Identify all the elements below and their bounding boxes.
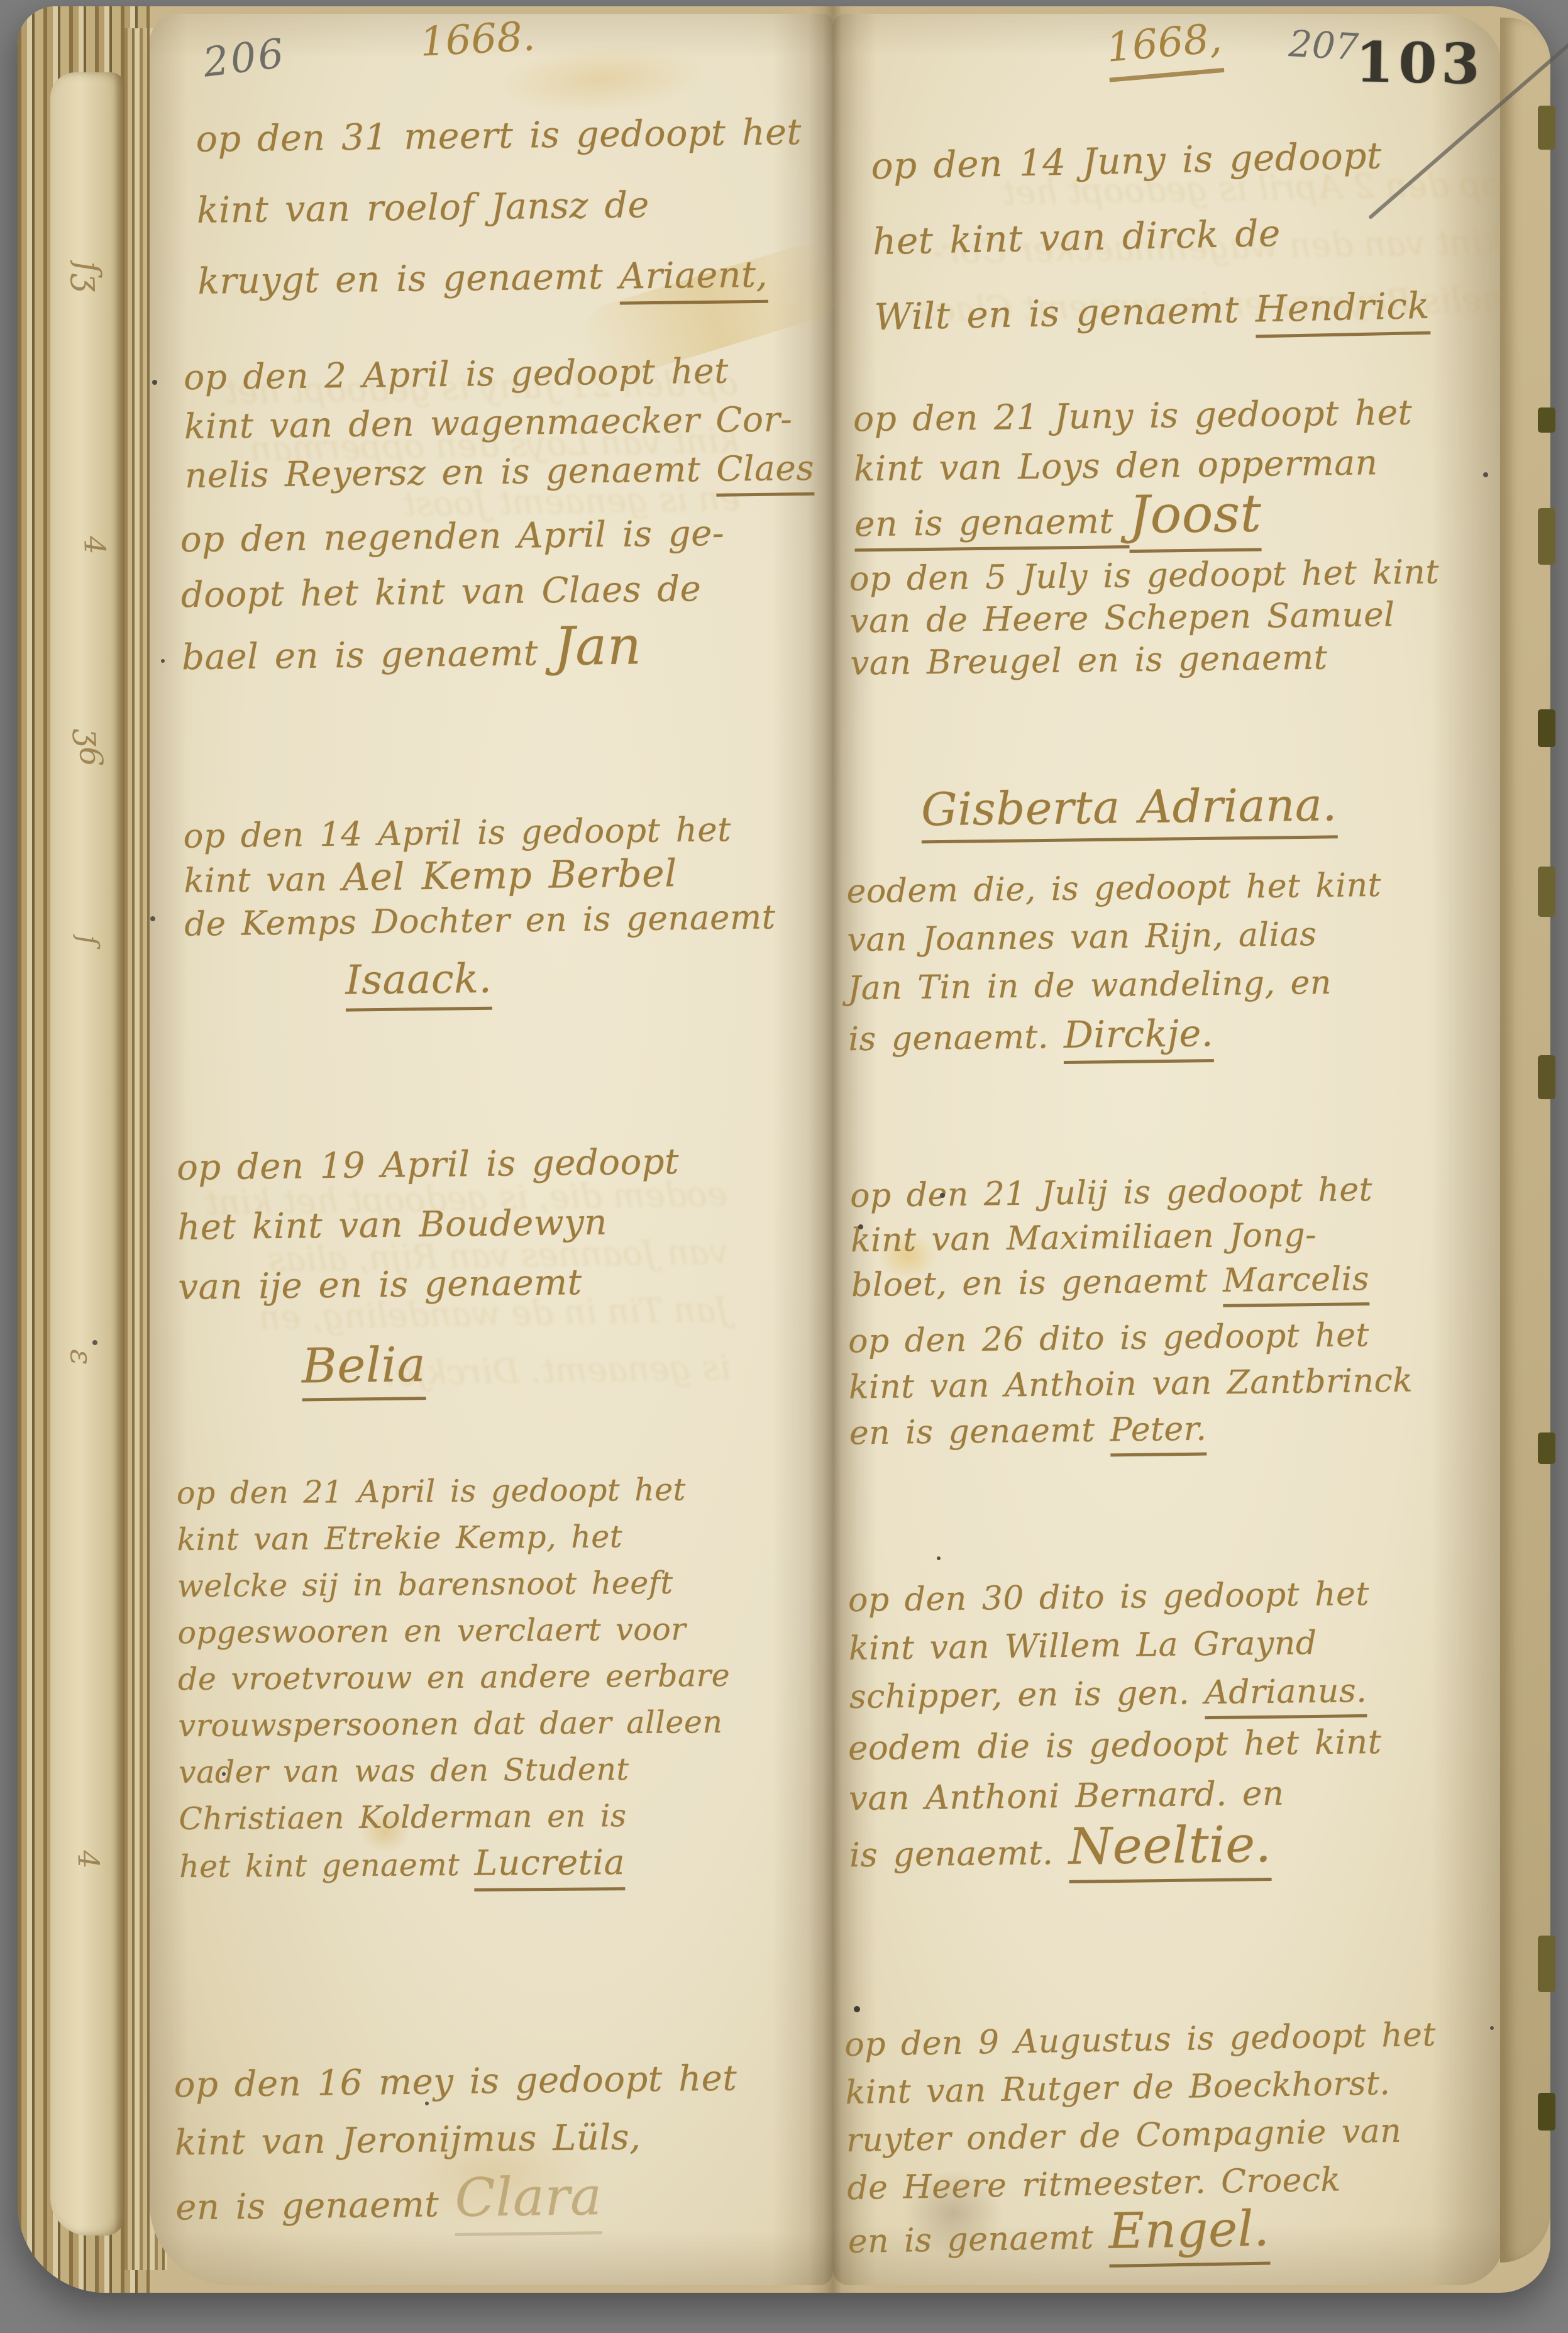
entry-text: kint van Rutger de Boeckhorst. — [845, 2064, 1391, 2112]
right-page-year-heading: 1668, — [1105, 15, 1223, 72]
baptism-entry: op den 5 July is gedoopt het kintvan de … — [849, 551, 1442, 838]
entry-text: op den 30 dito is gedoopt het — [848, 1575, 1369, 1619]
entry-line: Jan Tin in de wandeling, en — [847, 958, 1383, 1013]
entry-text: schipper, en is gen. — [849, 1674, 1205, 1716]
entry-text: op den 14 Juny is gedoopt — [871, 134, 1382, 187]
entry-line: van de Heere Schepen Samuel — [849, 593, 1440, 642]
entry-text: het kint van Boudewyn — [177, 1202, 607, 1248]
entry-line: kint van Maximiliaen Jong- — [851, 1212, 1374, 1263]
entry-line: op den 21 April is gedoopt het — [177, 1466, 729, 1517]
entry-line: het kint genaemt Lucretia — [179, 1839, 732, 1890]
baptism-name: Marcelis — [1223, 1260, 1370, 1307]
entry-text: kint van Anthoin van Zantbrinck — [849, 1362, 1413, 1407]
entry-text: op den 21 Juny is gedoopt het — [853, 392, 1413, 440]
entry-text: en is genaemt — [849, 1411, 1110, 1452]
baptism-entry: op den 21 Juny is gedoopt hetkint van Lo… — [853, 388, 1414, 550]
entry-text: van Anthoni Bernard. en — [849, 1775, 1284, 1818]
baptism-entry: op den 9 Augustus is gedoopt hetkint van… — [844, 2011, 1440, 2266]
baptism-name: Engel. — [1108, 2200, 1271, 2267]
entry-text: Jan — [553, 614, 642, 677]
entry-line: Belia — [301, 1331, 682, 1396]
baptism-name: Peter. — [1110, 1410, 1207, 1457]
entry-line: op den negenden April is ge- — [180, 506, 724, 568]
entry-text: op den negenden April is ge- — [180, 513, 724, 561]
baptism-entry: eodem die, is gedoopt het kintvan Joanne… — [846, 862, 1383, 1064]
entry-text: kint van Jeronijmus Lüls, — [175, 2117, 641, 2163]
entry-text: vrouwspersoonen dat daer alleen — [178, 1704, 722, 1744]
margin-fragment: 4 — [77, 535, 112, 555]
entry-line: eodem die is gedoopt het kint — [848, 1717, 1382, 1774]
margin-fragment: ſʒ — [69, 261, 108, 293]
entry-line: bloet, en is genaemt Marcelis — [851, 1257, 1374, 1308]
entry-text: Christiaen Kolderman en is — [179, 1798, 626, 1837]
fore-edge — [1500, 18, 1550, 2263]
right-page-pencil-folio-number: 207 — [1288, 22, 1359, 69]
baptism-name: en is genaemt — [854, 501, 1130, 551]
entry-line: is genaemt. Dirckje. — [848, 1007, 1383, 1064]
entry-line: nelis Reyersz en is genaemt Claes — [185, 443, 815, 500]
baptism-name: Claes — [716, 448, 815, 497]
entry-line: op den 21 Julij is gedoopt het — [850, 1168, 1373, 1219]
entry-text: kint van Etrekie Kemp, het — [177, 1519, 622, 1558]
baptism-name: Lucretia — [474, 1843, 625, 1892]
entry-line: Christiaen Kolderman en is — [179, 1792, 731, 1843]
entry-text: kint van Maximiliaen Jong- — [851, 1216, 1317, 1260]
entry-text: op den 19 April is gedoopt — [177, 1141, 680, 1189]
entry-line: op den 2 April is gedoopt het — [184, 345, 814, 402]
entry-line: is genaemt. Neeltie. — [849, 1818, 1383, 1881]
baptism-name: Clara — [455, 2165, 602, 2236]
entry-line: vrouwspersoonen dat daer alleen — [178, 1699, 731, 1749]
entry-text: kint van Willem La Graynd — [849, 1624, 1317, 1668]
entry-text: en is genaemt — [175, 2184, 455, 2228]
entry-text: het kint genaemt — [179, 1847, 475, 1885]
entry-text: kint van roelof Jansz de — [197, 184, 650, 231]
entry-line: kruygt en is genaemt Ariaent, — [197, 239, 804, 318]
entry-line: kint van Anthoin van Zantbrinck — [849, 1358, 1413, 1411]
entry-line: en is genaemt Joost — [854, 487, 1413, 550]
entry-line: de Kemps Dochter en is genaemt — [184, 895, 776, 946]
register-book: ſʒ4ʒ6ſɛ4 op den 21 Juny is gedoopt hetki… — [18, 6, 1550, 2293]
cover-notch — [1538, 508, 1555, 565]
entry-line: Wilt en is genaemt Hendrick — [873, 268, 1430, 355]
cover-notch — [1538, 407, 1555, 433]
baptism-entry: eodem die is gedoopt het kintvan Anthoni… — [848, 1717, 1384, 1881]
entry-line: vader van was den Student — [179, 1746, 731, 1796]
right-page — [832, 14, 1504, 2285]
baptism-entry: op den 14 April is gedoopt hetkint van A… — [183, 807, 776, 1009]
baptism-entry: op den 31 meert is gedoopt hetkint van r… — [196, 97, 803, 318]
baptism-entry: op den 14 Juny is gedoopthet kint van di… — [870, 117, 1430, 355]
entry-text: op den 21 April is gedoopt het — [177, 1471, 686, 1511]
entry-line: welcke sij in barensnoot heeft — [177, 1560, 730, 1610]
entry-line: van Breugel en is genaemt — [850, 635, 1440, 684]
baptism-name: Isaack. — [345, 956, 492, 1012]
entry-line: het kint van Boudewyn — [177, 1192, 680, 1258]
entry-line: van Joannes van Rijn, alias — [847, 910, 1382, 965]
baptism-entry: op den 2 April is gedoopt hetkint van de… — [184, 345, 815, 500]
baptism-entry: op den 21 Julij is gedoopt hetkint van M… — [850, 1168, 1374, 1308]
entry-line: Gisberta Adriana. — [921, 775, 1442, 838]
entry-line: kint van Ael Kemp Berbel — [184, 851, 775, 902]
entry-line: kint van Jeronijmus Lüls, — [174, 2108, 738, 2173]
cover-notch — [1538, 867, 1555, 917]
cover-notch — [1538, 2093, 1555, 2131]
baptism-entry: op den 30 dito is gedoopt hetkint van Wi… — [848, 1570, 1371, 1722]
baptism-name: Adrianus. — [1205, 1672, 1367, 1719]
stamped-page-number: 103 — [1355, 29, 1484, 97]
entry-text: kint van den wagenmaecker Cor- — [184, 399, 793, 446]
entry-line: en is genaemt Clara — [175, 2166, 739, 2237]
baptism-name: Neeltie. — [1068, 1815, 1272, 1883]
entry-text: op den 31 meert is gedoopt het — [196, 111, 802, 160]
entry-text: is genaemt. — [849, 1834, 1069, 1875]
entry-line: kint van Willem La Graynd — [849, 1619, 1371, 1673]
baptism-entry: op den 21 April is gedoopt hetkint van E… — [177, 1466, 732, 1890]
entry-line: op den 16 mey is gedoopt het — [174, 2050, 737, 2115]
entry-text: en is genaemt — [847, 2219, 1109, 2261]
entry-line: kint van roelof Jansz de — [196, 168, 803, 247]
entry-line: en is genaemt Engel. — [847, 2202, 1440, 2266]
baptism-entry: op den 19 April is gedoopthet kint van B… — [177, 1132, 682, 1398]
entry-line: van ije en is genaemt — [178, 1251, 681, 1317]
entry-text: vader van was den Student — [179, 1751, 629, 1790]
entry-line: doopt het kint van Claes de — [180, 562, 725, 624]
entry-text: op den 5 July is gedoopt het kint — [849, 553, 1439, 598]
cover-notch — [1538, 1432, 1555, 1464]
left-page-year-heading: 1668. — [419, 13, 536, 65]
entry-line: kint van den wagenmaecker Cor- — [184, 394, 814, 451]
entry-text: Jan Tin in de wandeling, en — [847, 964, 1332, 1007]
entry-line: bael en is genaemt Jan — [182, 617, 727, 686]
entry-line: op den 31 meert is gedoopt het — [196, 97, 802, 175]
entry-text: ruyter onder de Compagnie van — [846, 2112, 1401, 2159]
entry-text: op den 26 dito is gedoopt het — [848, 1316, 1369, 1360]
entry-line: op den 19 April is gedoopt — [177, 1132, 680, 1198]
entry-text: op den 9 Augustus is gedoopt het — [844, 2016, 1437, 2064]
cover-notch — [1538, 106, 1555, 150]
entry-text: van de Heere Schepen Samuel — [849, 596, 1395, 641]
entry-line: de vroetvrouw en andere eerbare — [178, 1653, 731, 1703]
entry-text: op den 21 Julij is gedoopt het — [850, 1171, 1373, 1215]
cover-notch — [1538, 1936, 1555, 1992]
margin-writing-fragments: ſʒ4ʒ6ſɛ4 — [54, 6, 136, 2293]
entry-text: Wilt en is genaemt — [874, 288, 1256, 339]
entry-text: doopt het kint van Claes de — [181, 568, 702, 616]
baptism-name: Joost — [1129, 484, 1262, 553]
entry-line: op den 5 July is gedoopt het kint — [849, 551, 1439, 600]
entry-text: nelis Reyersz en is genaemt — [185, 449, 717, 496]
entry-text: het kint van dirck de — [872, 212, 1281, 263]
entry-line: het kint van dirck de — [872, 192, 1429, 279]
entry-text: van Joannes van Rijn, alias — [847, 916, 1317, 959]
entry-text: eodem die, is gedoopt het kint — [846, 867, 1381, 911]
entry-text: kint van Loys den opperman — [854, 442, 1378, 489]
entry-text: op den 16 mey is gedoopt het — [174, 2058, 737, 2106]
entry-line: en is genaemt Peter. — [849, 1404, 1413, 1457]
baptism-name: Belia — [301, 1336, 426, 1401]
baptism-entry: op den 26 dito is gedoopt hetkint van An… — [848, 1312, 1414, 1457]
cover-notch — [1538, 1055, 1555, 1099]
entry-line: op den 14 April is gedoopt het — [183, 807, 775, 858]
entry-text: van Breugel en is genaemt — [850, 638, 1328, 682]
baptism-name: Dirckje. — [1063, 1011, 1213, 1064]
baptism-entry: op den negenden April is ge-doopt het ki… — [180, 506, 726, 686]
manuscript-scan: ſʒ4ʒ6ſɛ4 op den 21 Juny is gedoopt hetki… — [0, 0, 1568, 2333]
entry-line: van Anthoni Bernard. en — [848, 1768, 1382, 1824]
entry-line: op den 26 dito is gedoopt het — [848, 1312, 1413, 1365]
year-text: 1668, — [1105, 15, 1224, 82]
baptism-entry: op den 16 mey is gedoopt hetkint van Jer… — [174, 2050, 739, 2237]
entry-line: kint van Etrekie Kemp, het — [177, 1513, 729, 1563]
entry-text: eodem die is gedoopt het kint — [848, 1723, 1382, 1768]
margin-fragment: ſ — [72, 934, 104, 946]
entry-text: bloet, en is genaemt — [851, 1262, 1223, 1304]
cover-notch — [1538, 709, 1555, 747]
entry-line: eodem die, is gedoopt het kint — [846, 862, 1381, 916]
entry-text: de Kemps Dochter en is genaemt — [184, 898, 776, 943]
margin-fragment: 4 — [71, 1849, 106, 1869]
entry-text: kint van — [184, 860, 343, 901]
entry-text: op den 2 April is gedoopt het — [184, 351, 729, 398]
entry-text: Ael Kemp Berbel — [342, 851, 677, 899]
ink-specks — [18, 6, 21, 10]
entry-line: Isaack. — [345, 949, 776, 1007]
entry-text: kruygt en is genaemt — [197, 256, 619, 302]
margin-fragment: ɛ — [63, 1348, 99, 1366]
entry-line: op den 30 dito is gedoopt het — [848, 1570, 1370, 1625]
entry-text: de vroetvrouw en andere eerbare — [178, 1658, 730, 1697]
entry-text: is genaemt. — [848, 1018, 1064, 1058]
entry-text: welcke sij in barensnoot heeft — [177, 1565, 673, 1605]
entry-line: op den 14 Juny is gedoopt — [870, 117, 1427, 204]
entry-text: bael en is genaemt — [182, 633, 555, 678]
baptism-name: Hendrick — [1255, 284, 1430, 338]
entry-line: opgeswooren en verclaert voor — [177, 1606, 730, 1656]
baptism-name: Gisberta Adriana. — [921, 778, 1338, 843]
margin-fragment: ʒ6 — [72, 728, 109, 767]
baptism-name: Ariaent, — [619, 254, 768, 305]
entry-line: op den 21 Juny is gedoopt het — [853, 388, 1413, 445]
entry-text: van ije en is genaemt — [178, 1262, 582, 1308]
entry-line: schipper, en is gen. Adrianus. — [849, 1667, 1371, 1722]
entry-text: op den 14 April is gedoopt het — [183, 811, 731, 856]
entry-text: opgeswooren en verclaert voor — [177, 1611, 686, 1651]
